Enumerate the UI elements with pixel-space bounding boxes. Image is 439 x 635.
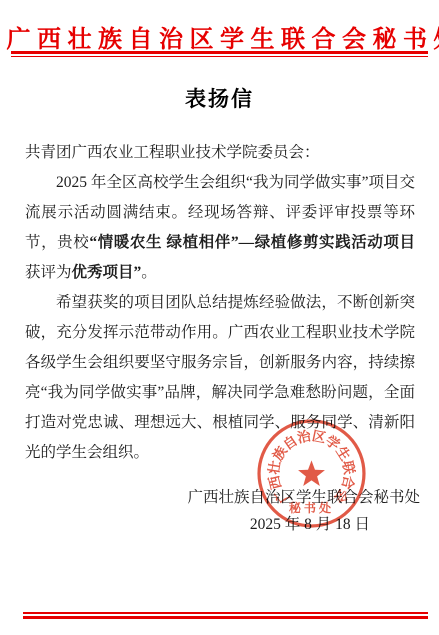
rule-thick-line (23, 616, 428, 619)
letter-title: 表扬信 (0, 83, 439, 113)
paragraphs: 2025 年全区高校学生会组织“我为同学做实事”项目交流展示活动圆满结束。经现场… (25, 168, 415, 468)
date: 2025 年 8 月 18 日 (0, 514, 439, 536)
letter-body: 共青团广西农业工程职业技术学院委员会： 2025 年全区高校学生会组织“我为同学… (25, 138, 415, 468)
body-text-segment: 获评为 (25, 264, 72, 281)
body-text-segment: “情暖农生 绿植相伴”—绿植修剪实践活动项目 (89, 234, 415, 251)
signature: 广西壮族自治区学生联合会秘书处 (0, 487, 439, 509)
rule-thin-line (11, 56, 428, 57)
body-paragraph: 希望获奖的项目团队总结提炼经验做法，不断创新突破，充分发挥示范带动作用。广西农业… (25, 288, 415, 468)
footer-double-rule (23, 612, 428, 619)
salutation: 共青团广西农业工程职业技术学院委员会： (25, 138, 415, 168)
letterhead-title: 广西壮族自治区学生联合会秘书处 (0, 19, 439, 54)
body-text-segment: 。 (141, 264, 157, 281)
body-text-segment: 希望获奖的项目团队总结提炼经验做法，不断创新突破，充分发挥示范带动作用。广西农业… (25, 294, 415, 461)
letter-page: 广西壮族自治区学生联合会秘书处 表扬信 共青团广西农业工程职业技术学院委员会： … (0, 0, 439, 635)
letterhead-double-rule (11, 51, 428, 57)
body-paragraph: 2025 年全区高校学生会组织“我为同学做实事”项目交流展示活动圆满结束。经现场… (25, 168, 415, 288)
body-text-segment: 优秀项目” (72, 264, 142, 281)
